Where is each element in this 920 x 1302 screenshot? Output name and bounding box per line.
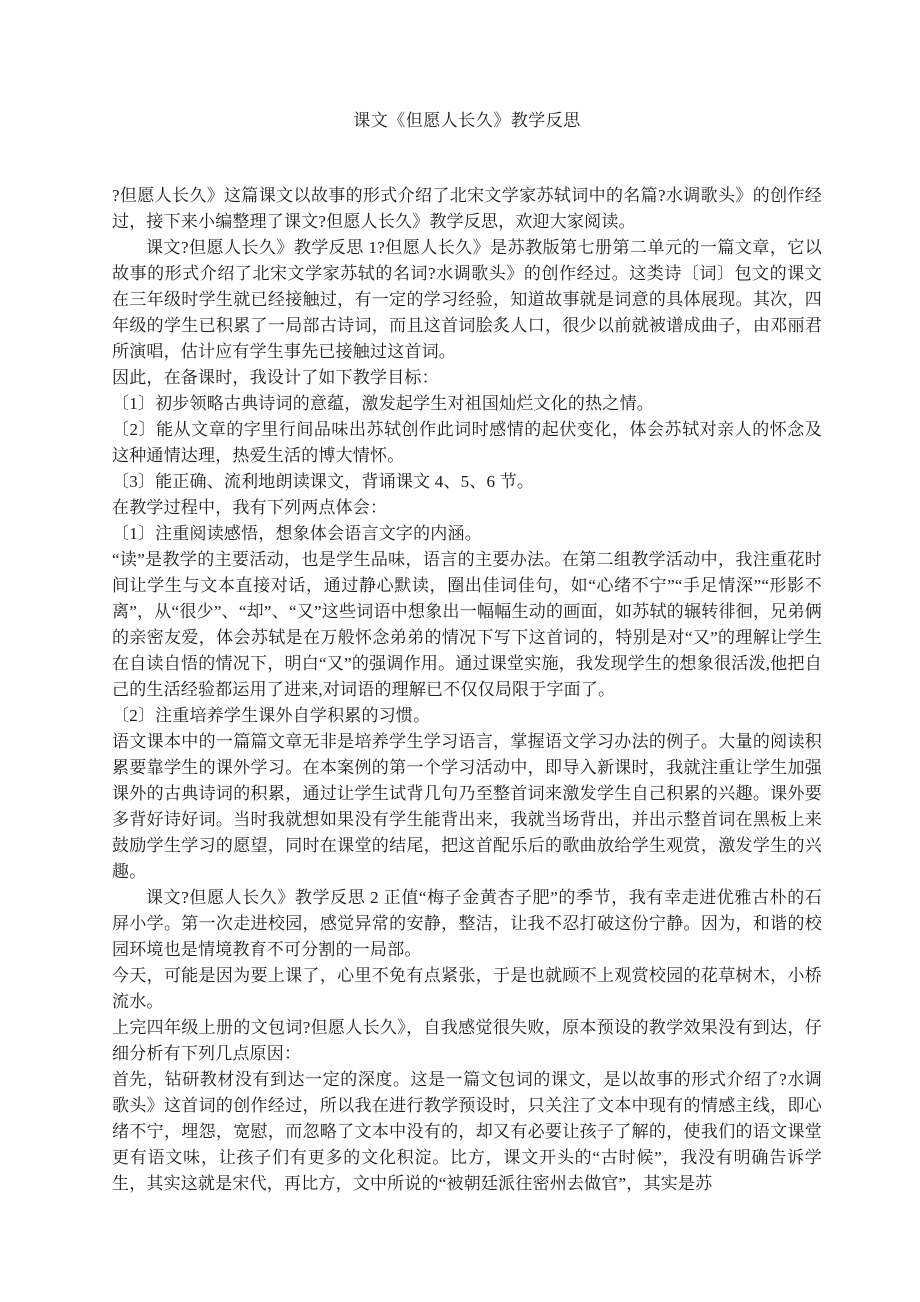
paragraph-reflection2-nervous: 今天，可能是因为要上课了，心里不免有点紧张，于是也就顾不上观赏校园的花草树木，小… (112, 963, 822, 1015)
paragraph-goals-lead: 因此，在备课时，我设计了如下教学目标： (112, 365, 822, 391)
paragraph-goal-2: 〔2〕能从文章的字里行间品味出苏轼创作此词时感情的起伏变化，体会苏轼对亲人的怀念… (112, 417, 822, 469)
paragraph-reflection2-opening: 课文?但愿人长久》教学反思 2 正值“梅子金黄杏子肥”的季节，我有幸走进优雅古朴… (112, 885, 822, 963)
paragraph-reflection1-opening: 课文?但愿人长久》教学反思 1?但愿人长久》是苏教版第七册第二单元的一篇文章，它… (112, 235, 822, 365)
paragraph-intro: ?但愿人长久》这篇课文以故事的形式介绍了北宋文学家苏轼词中的名篇?水调歌头》的创… (112, 183, 822, 235)
paragraph-insight-2-body: 语文课本中的一篇篇文章无非是培养学生学习语言，掌握语文学习办法的例子。大量的阅读… (112, 729, 822, 885)
document-page: 课文《但愿人长久》教学反思 ?但愿人长久》这篇课文以故事的形式介绍了北宋文学家苏… (0, 0, 920, 1302)
paragraph-reflection2-reasons-lead: 上完四年级上册的文包词?但愿人长久》，自我感觉很失败，原本预设的教学效果没有到达… (112, 1015, 822, 1067)
document-body: ?但愿人长久》这篇课文以故事的形式介绍了北宋文学家苏轼词中的名篇?水调歌头》的创… (112, 183, 822, 1197)
paragraph-goal-3: 〔3〕能正确、流利地朗读课文，背诵课文 4、5、6 节。 (112, 469, 822, 495)
paragraph-insight-1-title: 〔1〕注重阅读感悟，想象体会语言文字的内涵。 (112, 521, 822, 547)
paragraph-insights-lead: 在教学过程中，我有下列两点体会： (112, 495, 822, 521)
document-title: 课文《但愿人长久》教学反思 (112, 108, 822, 134)
paragraph-goal-1: 〔1〕初步领略古典诗词的意蕴，激发起学生对祖国灿烂文化的热之情。 (112, 391, 822, 417)
paragraph-insight-1-body: “读”是教学的主要活动，也是学生品味，语言的主要办法。在第二组教学活动中，我注重… (112, 547, 822, 703)
paragraph-insight-2-title: 〔2〕注重培养学生课外自学积累的习惯。 (112, 703, 822, 729)
paragraph-reflection2-reason-1: 首先，钻研教材没有到达一定的深度。这是一篇文包词的课文，是以故事的形式介绍了?水… (112, 1067, 822, 1197)
